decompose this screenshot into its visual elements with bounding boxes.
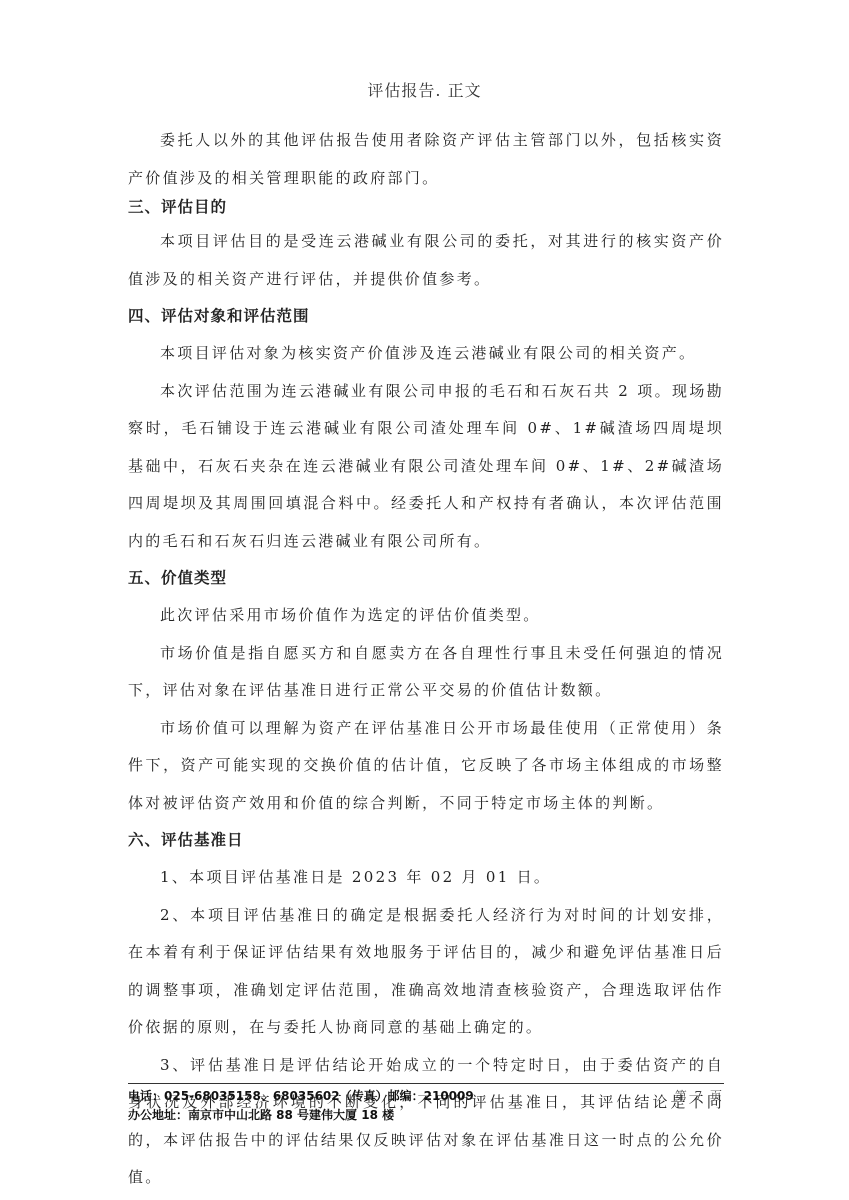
paragraph-intro: 委托人以外的其他评估报告使用者除资产评估主管部门以外，包括核实资产价值涉及的相关… — [128, 122, 724, 197]
paragraph-scope-range: 本次评估范围为连云港碱业有限公司申报的毛石和石灰石共 2 项。现场勘察时，毛石铺… — [128, 373, 724, 561]
document-body: 委托人以外的其他评估报告使用者除资产评估主管部门以外，包括核实资产价值涉及的相关… — [128, 122, 724, 1197]
paragraph-scope-object: 本项目评估对象为核实资产价值涉及连云港碱业有限公司的相关资产。 — [128, 335, 724, 373]
footer-address: 办公地址：南京市中山北路 88 号建伟大厦 18 楼 — [128, 1106, 724, 1125]
paragraph-value-type-1: 此次评估采用市场价值作为选定的评估价值类型。 — [128, 597, 724, 635]
section-heading-base-date: 六、评估基准日 — [128, 822, 724, 859]
section-heading-value-type: 五、价值类型 — [128, 560, 724, 597]
section-heading-purpose: 三、评估目的 — [128, 193, 724, 221]
footer-divider — [128, 1083, 724, 1084]
paragraph-base-date-1: 1、本项目评估基准日是 2023 年 02 月 01 日。 — [128, 859, 724, 897]
footer-contact: 电话：025-68035158、68035602（传真）邮编：210009 — [128, 1087, 724, 1106]
paragraph-purpose: 本项目评估目的是受连云港碱业有限公司的委托，对其进行的核实资产价值涉及的相关资产… — [128, 223, 724, 298]
page-number: 第 7 页 — [675, 1087, 724, 1104]
page-header-title: 评估报告. 正文 — [0, 78, 849, 101]
paragraph-value-type-2: 市场价值是指自愿买方和自愿卖方在各自理性行事且未受任何强迫的情况下，评估对象在评… — [128, 635, 724, 710]
paragraph-value-type-3: 市场价值可以理解为资产在评估基准日公开市场最佳使用（正常使用）条件下，资产可能实… — [128, 710, 724, 823]
paragraph-base-date-2: 2、本项目评估基准日的确定是根据委托人经济行为对时间的计划安排，在本着有利于保证… — [128, 897, 724, 1047]
page-footer: 电话：025-68035158、68035602（传真）邮编：210009 办公… — [128, 1087, 724, 1125]
section-heading-scope: 四、评估对象和评估范围 — [128, 298, 724, 335]
